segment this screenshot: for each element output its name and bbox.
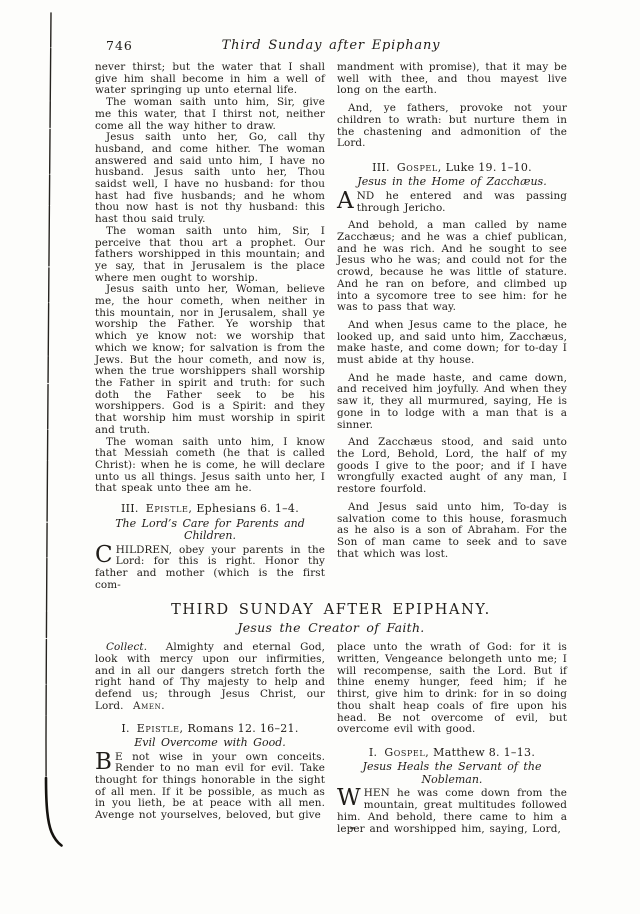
gospel-subtitle: Jesus Heals the Servant of the Nobleman. [337,761,567,786]
scripture-paragraph: The woman saith unto him, I know that Me… [95,437,325,496]
scripture-paragraph: mandment with promise), that it may be w… [337,62,567,97]
lower-left-column: Collect. Almighty and eternal God, look … [95,642,325,821]
epistle-heading: III.Epistle, Ephesians 6. 1–4. [95,503,325,516]
day-subtitle: Jesus the Creator of Faith. [95,620,567,635]
drop-capital: W [337,788,364,808]
gospel-heading: I.Gospel, Matthew 8. 1–13. [337,747,567,760]
upper-section: never thirst; but the water that I shall… [95,62,567,591]
lower-right-column: place unto the wrath of God: for it is w… [337,642,567,835]
lower-section: Collect. Almighty and eternal God, look … [95,642,567,835]
collect-label: Collect. [106,641,147,653]
upper-right-column: mandment with promise), that it may be w… [337,62,567,560]
heading-label: Gospel, [397,161,442,174]
gospel-heading: III.Gospel, Luke 19. 1–10. [337,162,567,175]
collect-paragraph: Collect. Almighty and eternal God, look … [95,642,325,712]
binding-crease-artifact [0,0,80,914]
epistle-heading: I.Epistle, Romans 12. 16–21. [95,723,325,736]
heading-label: Epistle, [137,722,184,735]
scripture-paragraph-dropcap: CHILDREN, obey your parents in the Lord:… [95,545,325,592]
epistle-subtitle: Evil Overcome with Good. [95,737,325,750]
scripture-paragraph: The woman saith unto him, Sir, give me t… [95,97,325,132]
scripture-paragraph: The woman saith unto him, Sir, I perceiv… [95,226,325,285]
drop-capital: A [337,191,357,211]
scripture-paragraph: place unto the wrath of God: for it is w… [337,642,567,736]
scripture-paragraph: Jesus saith unto her, Woman, believe me,… [95,284,325,436]
epistle-subtitle: The Lord’s Care for Parents and Children… [95,518,325,543]
heading-label: Epistle, [146,502,193,515]
scripture-paragraph-dropcap: BE not wise in your own conceits. Render… [95,752,325,822]
running-title: Third Sunday after Epiphany [95,38,567,53]
scripture-text: E not wise in your own conceits. Render … [95,751,325,822]
scripture-paragraph: And Jesus said unto him, To-day is salva… [337,502,567,561]
scripture-paragraph-dropcap: AND he entered and was passing through J… [337,191,567,214]
scripture-paragraph-dropcap: WHEN he was come down from the mountain,… [337,788,567,835]
scripture-text: HILDREN, obey your parents in the Lord: … [95,544,325,591]
upper-left-column: never thirst; but the water that I shall… [95,62,325,591]
scripture-text: HEN he was come down from the mountain, … [337,787,567,834]
day-title: THIRD SUNDAY AFTER EPIPHANY. [95,602,567,618]
book-page: 746 Third Sunday after Epiphany never th… [0,0,640,914]
drop-capital: B [95,752,115,772]
scripture-paragraph: And he made haste, and came down, and re… [337,373,567,432]
scripture-paragraph: And when Jesus came to the place, he loo… [337,320,567,367]
amen-word: Amen. [133,700,165,712]
drop-capital: C [95,545,116,565]
heading-label: Gospel, [384,746,429,759]
heading-numeral: I. [121,722,129,735]
scripture-paragraph: And behold, a man called by name Zacchæu… [337,220,567,314]
heading-reference: Ephesians 6. 1–4. [196,502,299,515]
running-head: 746 Third Sunday after Epiphany [95,38,567,55]
heading-reference: Romans 12. 16–21. [187,722,298,735]
page-number: 746 [106,38,133,53]
scripture-paragraph: And, ye fathers, provoke not your childr… [337,103,567,150]
heading-numeral: III. [121,502,139,515]
scripture-paragraph: And Zacchæus stood, and said unto the Lo… [337,437,567,496]
heading-reference: Matthew 8. 1–13. [433,746,535,759]
heading-numeral: I. [369,746,377,759]
scripture-paragraph: Jesus saith unto her, Go, call thy husba… [95,132,325,226]
heading-reference: Luke 19. 1–10. [446,161,532,174]
scripture-text: ND he entered and was passing through Je… [357,190,567,214]
gospel-subtitle: Jesus in the Home of Zacchæus. [337,176,567,189]
page-content: 746 Third Sunday after Epiphany never th… [95,38,567,835]
heading-numeral: III. [372,161,390,174]
scripture-paragraph: never thirst; but the water that I shall… [95,62,325,97]
